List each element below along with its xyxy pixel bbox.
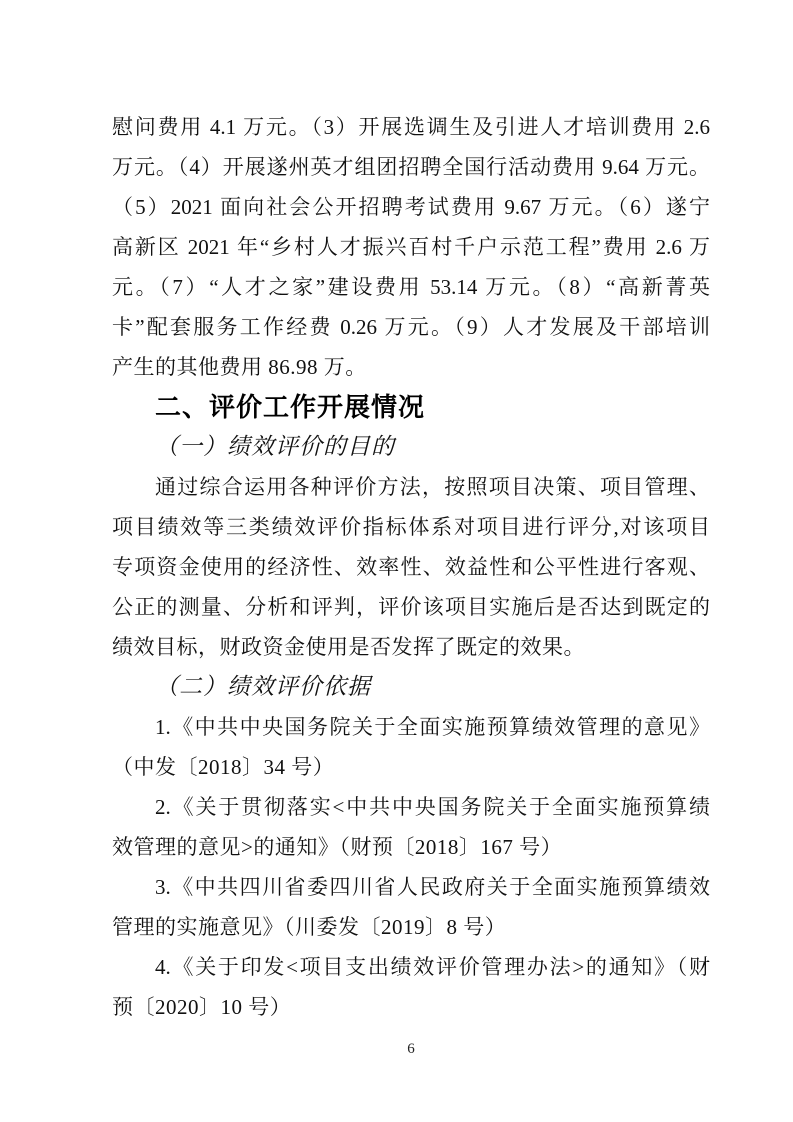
body-text-line: 元。（7）“人才之家”建设费用 53.14 万元。（8）“高新菁英 [112,267,710,307]
reference-item-line: 3.《中共四川省委四川省人民政府关于全面实施预算绩效 [112,867,710,907]
body-text-line: 万元。（4）开展遂州英才组团招聘全国行活动费用 9.64 万元。 [112,147,710,187]
reference-item-line: （中发〔2018〕34 号） [112,747,710,787]
reference-item-line: 2.《关于贯彻落实<中共中央国务院关于全面实施预算绩 [112,787,710,827]
body-text-line: （5）2021 面向社会公开招聘考试费用 9.67 万元。（6）遂宁 [112,187,710,227]
body-text-line: 项目绩效等三类绩效评价指标体系对项目进行评分,对该项目 [112,507,710,547]
body-text-line: 绩效目标，财政资金使用是否发挥了既定的效果。 [112,627,710,667]
subsection-heading: （一）绩效评价的目的 [112,427,710,467]
page-number: 6 [112,1038,710,1060]
document-page: 慰问费用 4.1 万元。（3）开展选调生及引进人才培训费用 2.6 万元。（4）… [0,0,793,1122]
reference-item-line: 管理的实施意见》（川委发〔2019〕8 号） [112,907,710,947]
subsection-heading: （二）绩效评价依据 [112,667,710,707]
reference-item-line: 预〔2020〕10 号） [112,987,710,1027]
document-body: 慰问费用 4.1 万元。（3）开展选调生及引进人才培训费用 2.6 万元。（4）… [112,107,710,1027]
body-text-line: 卡”配套服务工作经费 0.26 万元。（9）人才发展及干部培训 [112,307,710,347]
body-text-line: 慰问费用 4.1 万元。（3）开展选调生及引进人才培训费用 2.6 [112,107,710,147]
body-text-line: 高新区 2021 年“乡村人才振兴百村千户示范工程”费用 2.6 万 [112,227,710,267]
section-heading: 二、评价工作开展情况 [112,387,710,427]
reference-item-line: 效管理的意见>的通知》（财预〔2018〕167 号） [112,827,710,867]
body-text-line: 产生的其他费用 86.98 万。 [112,347,710,387]
body-text-line: 专项资金使用的经济性、效率性、效益性和公平性进行客观、 [112,547,710,587]
reference-item-line: 4.《关于印发<项目支出绩效评价管理办法>的通知》（财 [112,947,710,987]
body-text-line: 通过综合运用各种评价方法，按照项目决策、项目管理、 [112,467,710,507]
reference-item-line: 1.《中共中央国务院关于全面实施预算绩效管理的意见》 [112,707,710,747]
body-text-line: 公正的测量、分析和评判，评价该项目实施后是否达到既定的 [112,587,710,627]
